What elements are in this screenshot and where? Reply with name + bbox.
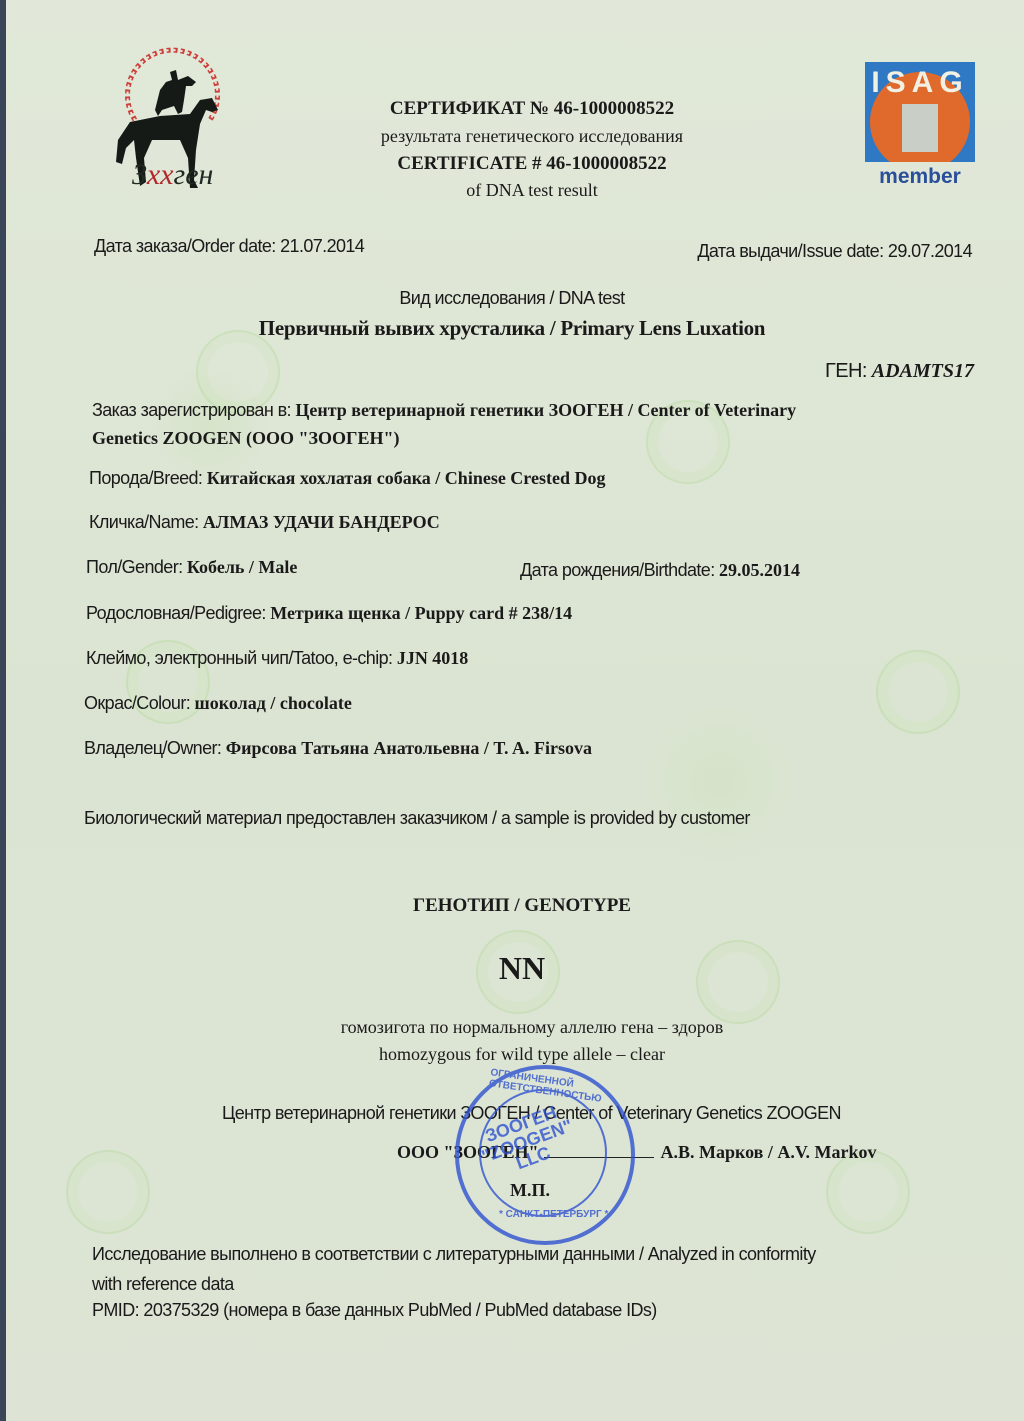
test-type-label: Вид исследования / DNA test bbox=[0, 288, 1024, 309]
owner-field: Владелец/Owner: Фирсова Татьяна Анатолье… bbox=[84, 738, 592, 759]
issue-date: Дата выдачи/Issue date: 29.07.2014 bbox=[697, 241, 972, 262]
order-date: Дата заказа/Order date: 21.07.2014 bbox=[94, 236, 364, 257]
genotype-heading: ГЕНОТИП / GENOTYPE bbox=[20, 895, 1024, 917]
genotype-description-ru: гомозигота по нормальному аллелю гена – … bbox=[40, 1017, 1024, 1038]
company-seal-stamp: ОГРАНИЧЕННОЙ ОТВЕТСТВЕННОСТЬЮ ЗООГЕН "ZO… bbox=[455, 1065, 635, 1245]
certificate-title-ru: СЕРТИФИКАТ № 46-1000008522 bbox=[180, 98, 884, 120]
isag-text: ISAG bbox=[865, 66, 975, 100]
birthdate-field: Дата рождения/Birthdate: 29.05.2014 bbox=[520, 560, 800, 581]
watermark-rose bbox=[876, 650, 960, 734]
gene: ГЕН: ADAMTS17 bbox=[825, 360, 974, 383]
certificate-subtitle-ru: результата генетического исследования bbox=[180, 126, 884, 147]
genotype-value: NN bbox=[20, 950, 1024, 987]
footer-line-3: PMID: 20375329 (номера в базе данных Pub… bbox=[92, 1300, 657, 1321]
registered-at: Заказ зарегистрирован в: Центр ветеринар… bbox=[92, 400, 796, 421]
genotype-description-en: homozygous for wild type allele – clear bbox=[20, 1044, 1024, 1065]
pedigree-field: Родословная/Pedigree: Метрика щенка / Pu… bbox=[86, 603, 572, 624]
certificate-subtitle-en: of DNA test result bbox=[180, 180, 884, 201]
certificate-title-en: CERTIFICATE # 46-1000008522 bbox=[180, 153, 884, 175]
watermark-rose bbox=[66, 1150, 150, 1234]
test-name: Первичный вывих хрусталика / Primary Len… bbox=[0, 316, 1024, 341]
name-field: Кличка/Name: АЛМАЗ УДАЧИ БАНДЕРОС bbox=[89, 512, 440, 533]
footer-line-2: with reference data bbox=[92, 1274, 234, 1295]
colour-field: Окрас/Colour: шоколад / chocolate bbox=[84, 693, 352, 714]
footer-line-1: Исследование выполнено в соответствии с … bbox=[92, 1244, 816, 1265]
breed-field: Порода/Breed: Китайская хохлатая собака … bbox=[89, 468, 605, 489]
chip-field: Клеймо, электронный чип/Tatoo, e-chip: J… bbox=[86, 648, 468, 669]
gender-field: Пол/Gender: Кобель / Male bbox=[86, 557, 297, 578]
sample-note: Биологический материал предоставлен зака… bbox=[84, 808, 750, 829]
registered-at-line2: Genetics ZOOGEN (ООО "ЗООГЕН") bbox=[92, 428, 399, 449]
